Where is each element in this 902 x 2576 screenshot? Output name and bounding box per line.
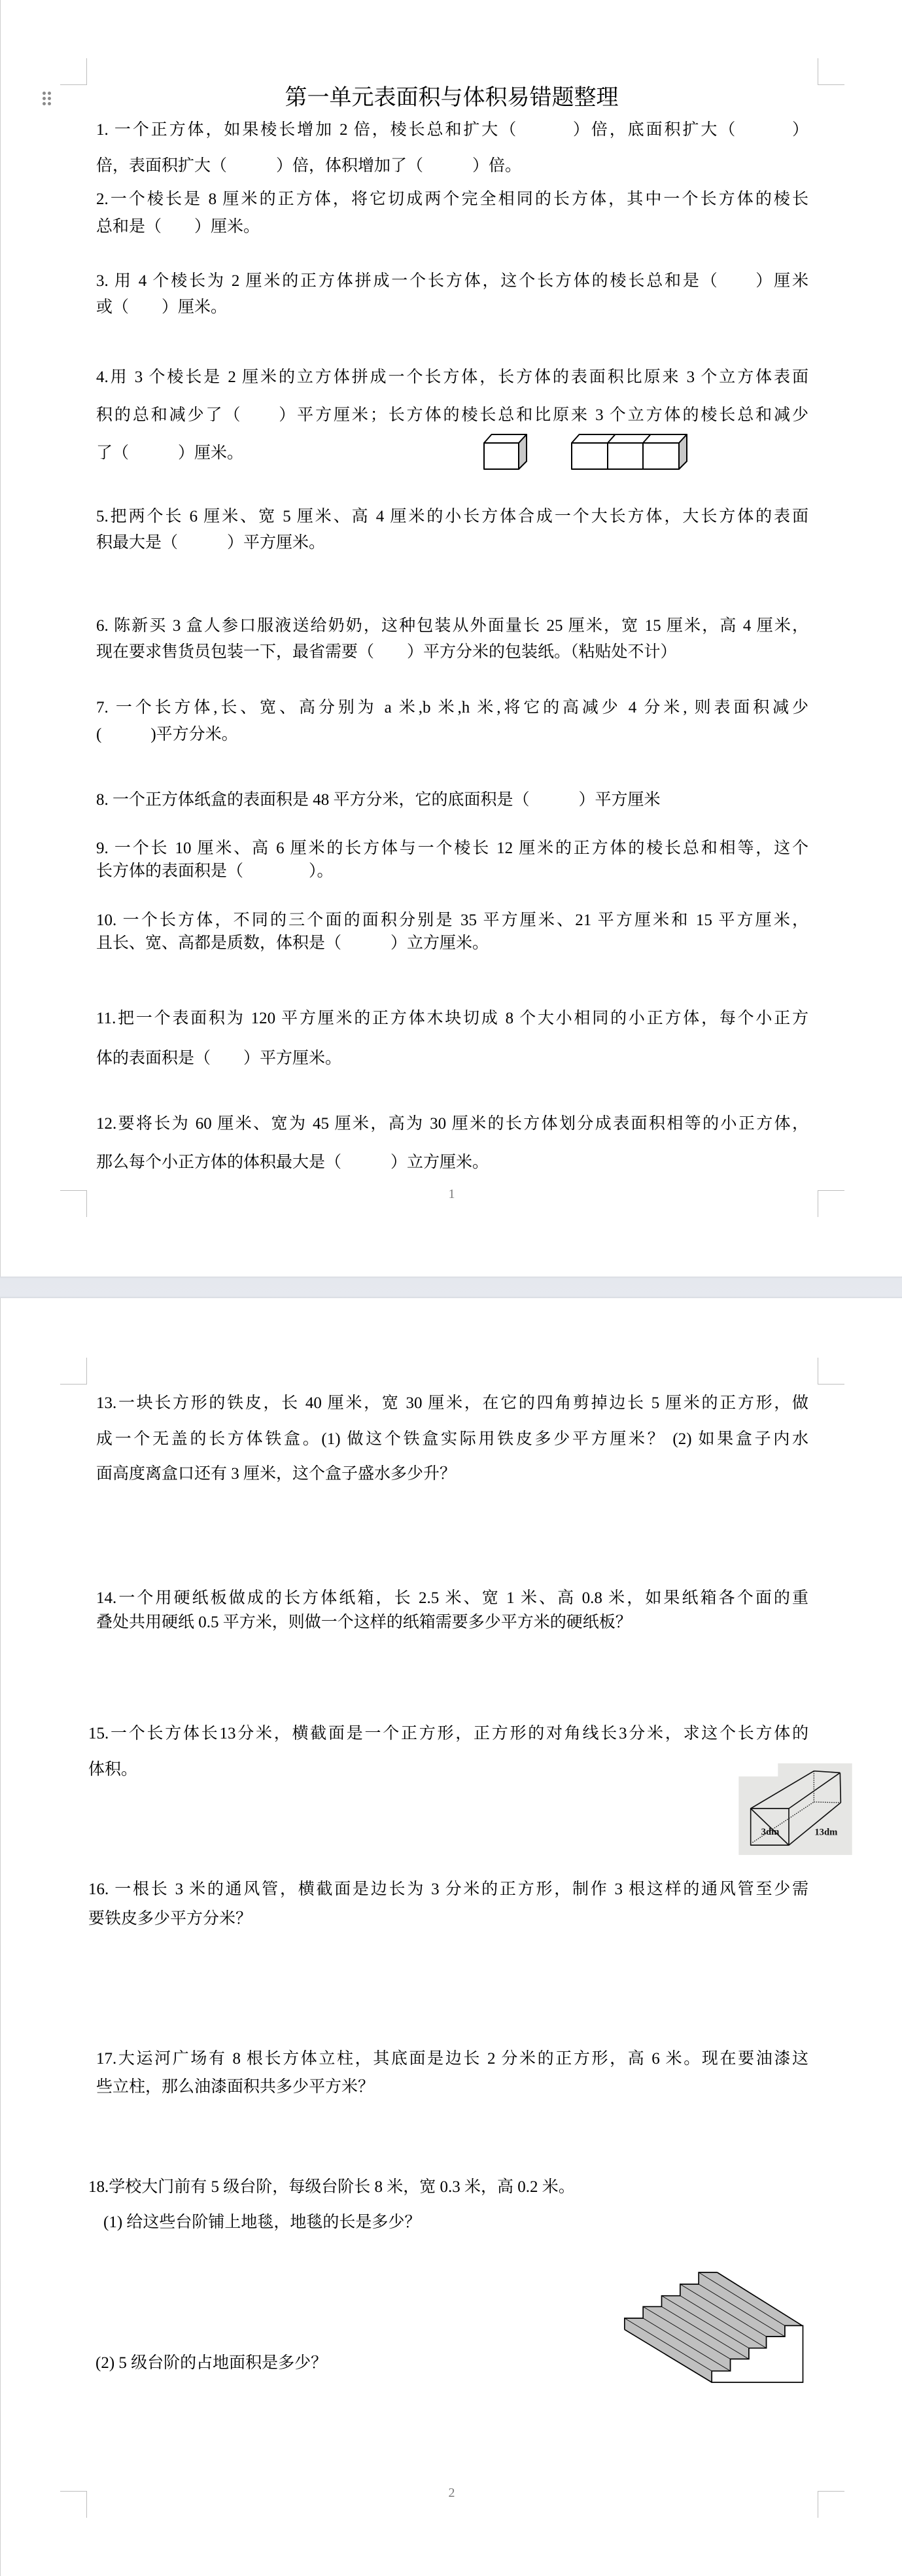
figure-background (738, 1763, 852, 1855)
question-line: 11.把一个表面积为 120 平方厘米的正方体木块切成 8 个大小相同的小正方体… (96, 1009, 808, 1029)
question-line: 5.把两个长 6 厘米、宽 5 厘米、高 4 厘米的小长方体合成一个大长方体，大… (96, 507, 808, 527)
question-line: 1. 一个正方体，如果棱长增加 2 倍，棱长总和扩大（ ）倍，底面积扩大（ ） (96, 120, 808, 140)
question-line: 叠处共用硬纸 0.5 平方米，则做一个这样的纸箱需要多少平方米的硬纸板？ (96, 1613, 808, 1632)
corner-mark (818, 58, 818, 84)
corner-mark (818, 1384, 844, 1385)
question-line: ( )平方分米。 (96, 725, 808, 745)
question-line: 总和是（ ）厘米。 (96, 217, 808, 237)
question-line: 且长、宽、高都是质数，体积是（ ）立方厘米。 (96, 934, 808, 953)
question-line: 12.要将长为 60 厘米、宽为 45 厘米，高为 30 厘米的长方体划分成表面… (96, 1114, 808, 1134)
question-line: 那么每个小正方体的体积最大是（ ）立方厘米。 (96, 1153, 808, 1173)
question-line: 现在要求售货员包装一下，最省需要（ ）平方分米的包装纸。（粘贴处不计） (96, 643, 808, 662)
question-line: 6. 陈新买 3 盒人参口服液送给奶奶，这种包装从外面量长 25 厘米，宽 15… (96, 616, 808, 636)
question-line: 体积。 (88, 1760, 808, 1780)
corner-mark (86, 1358, 87, 1384)
page-number: 2 (1, 2485, 902, 2501)
question-line: 18.学校大门前有 5 级台阶，每级台阶长 8 米，宽 0.3 米，高 0.2 … (88, 2178, 808, 2197)
question-line: 积的总和减少了（ ）平方厘米；长方体的棱长总和比原来 3 个立方体的棱长总和减少 (96, 406, 808, 425)
question-line: 要铁皮多少平方分米？ (88, 1909, 808, 1929)
question-line: 8. 一个正方体纸盒的表面积是 48 平方分米，它的底面积是（ ）平方厘米 (96, 790, 808, 810)
corner-mark (60, 1384, 87, 1385)
page-separator (0, 1277, 902, 1298)
question-line: 面高度离盒口还有 3 厘米，这个盒子盛水多少升？ (96, 1464, 808, 1484)
question-line: 16. 一根长 3 米的通风管，横截面是边长为 3 分米的正方形，制作 3 根这… (88, 1880, 808, 1899)
sub-question-1: (1) 给这些台阶铺上地毯，地毯的长是多少？ (103, 2213, 816, 2232)
document-title: 第一单元表面积与体积易错题整理 (1, 85, 902, 111)
page-number: 1 (1, 1186, 902, 1202)
question-line: 17.大运河广场有 8 根长方体立柱，其底面是边长 2 分米的正方形，高 6 米… (96, 2049, 808, 2069)
single-cube (484, 434, 527, 469)
question-line: 3. 用 4 个棱长为 2 厘米的正方体拼成一个长方体，这个长方体的棱长总和是（… (96, 272, 808, 291)
diagonal-label: 3dm (761, 1827, 780, 1837)
question-line: 体的表面积是（ ）平方厘米。 (96, 1049, 808, 1068)
document-page-2: 13.一块长方形的铁皮，长 40 厘米，宽 30 厘米，在它的四角剪掉边长 5 … (0, 1298, 902, 2576)
stairs-figure (620, 2268, 808, 2386)
question-line: 2.一个棱长是 8 厘米的正方体，将它切成两个完全相同的长方体，其中一个长方体的… (96, 190, 808, 209)
question-line: 些立柱，那么油漆面积共多少平方米？ (96, 2077, 808, 2097)
cube-figure (478, 429, 694, 474)
question-line: 了（ ）厘米。 (96, 444, 808, 463)
question-line: 14.一个用硬纸板做成的长方体纸箱，长 2.5 米、宽 1 米、高 0.8 米，… (96, 1589, 808, 1608)
corner-mark (86, 58, 87, 84)
question-line: 倍，表面积扩大（ ）倍，体积增加了（ ）倍。 (96, 156, 808, 176)
question-line: 积最大是（ ）平方厘米。 (96, 533, 808, 553)
question-line: 10. 一个长方体，不同的三个面的面积分别是 35 平方厘米、21 平方厘米和 … (96, 911, 808, 930)
length-label: 13dm (814, 1827, 837, 1838)
question-line: 7. 一个长方体,长、宽、高分别为 a 米,b 米,h 米,将它的高减少 4 分… (96, 698, 808, 718)
question-line: 9. 一个长 10 厘米、高 6 厘米的长方体与一个棱长 12 厘米的正方体的棱… (96, 839, 808, 858)
corner-mark (818, 1358, 818, 1384)
question-line: 或（ ）厘米。 (96, 298, 808, 317)
question-line: 13.一块长方形的铁皮，长 40 厘米，宽 30 厘米，在它的四角剪掉边长 5 … (96, 1394, 808, 1413)
question-line: 4.用 3 个棱长是 2 厘米的立方体拼成一个长方体，长方体的表面积比原来 3 … (96, 368, 808, 387)
question-line: 长方体的表面积是（ ）。 (96, 862, 808, 881)
question-line: 成一个无盖的长方体铁盒。(1) 做这个铁盒实际用铁皮多少平方厘米？ (2) 如果… (96, 1430, 808, 1449)
question-line: 15.一个长方体长13分米，横截面是一个正方形，正方形的对角线长3分米，求这个长… (88, 1724, 808, 1744)
cuboid-figure: 3dm 13dm (738, 1763, 852, 1855)
document-page-1: 第一单元表面积与体积易错题整理 1. 一个正方体，如果棱长增加 2 倍，棱长总和… (0, 0, 902, 1277)
three-cubes-joined (572, 434, 687, 469)
